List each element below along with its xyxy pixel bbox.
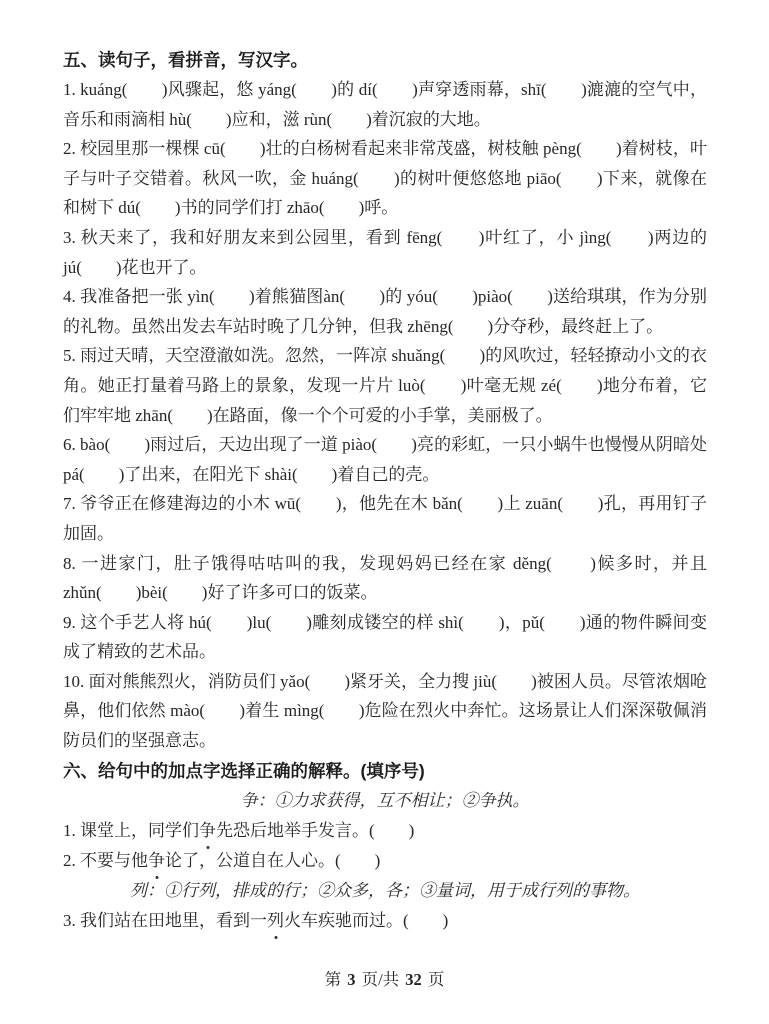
page-number: 第 3 页/共 32 页: [0, 966, 769, 990]
question-1: 1. kuáng( )风骤起，悠 yáng( )的 dí( )声穿透雨幕，shī…: [63, 75, 707, 134]
current-page-number: 3: [345, 970, 357, 989]
dotted-char: 争: [148, 846, 165, 876]
section-five-heading: 五、读句子，看拼音，写汉字。: [63, 45, 707, 75]
question-9: 9. 这个手艺人将 hú( )lu( )雕刻成镂空的样 shì( )，pǔ( )…: [63, 608, 707, 667]
question-6: 6. bào( )雨过后，天边出现了一道 piào( )亮的彩虹，一只小蜗牛也慢…: [63, 430, 707, 489]
question-3: 3. 秋天来了，我和好朋友来到公园里，看到 fēng( )叶红了，小 jìng(…: [63, 223, 707, 282]
question-5: 5. 雨过天晴，天空澄澈如洗。忽然，一阵凉 shuǎng( )的风吹过，轻轻撩动…: [63, 341, 707, 430]
definition-zheng: 争：①力求获得，互不相让；②争执。: [63, 786, 707, 816]
sentence-segment: 先恐后地举手发言。( ): [216, 821, 414, 840]
dotted-char: 列: [267, 906, 284, 936]
sentence-segment: 论了，公道自在人心。( ): [165, 851, 380, 870]
question-2: 2. 校园里那一棵棵 cū( )壮的白杨树看起来非常茂盛，树枝触 pèng( )…: [63, 134, 707, 223]
question-8: 8. 一进家门，肚子饿得咕咕叫的我，发现妈妈已经在家 děng( )候多时，并且…: [63, 549, 707, 608]
sentence-segment: 1. 课堂上，同学们: [63, 821, 199, 840]
footer-text: 第: [325, 970, 346, 989]
six-item-3: 3. 我们站在田地里，看到一列火车疾驰而过。( ): [63, 906, 707, 936]
sentence-segment: 3. 我们站在田地里，看到一: [63, 911, 267, 930]
definition-lie: 列：①行列，排成的行；②众多，各；③量词，用于成行列的事物。: [63, 876, 707, 906]
dotted-char: 争: [199, 816, 216, 846]
footer-text: 页/共: [357, 970, 403, 989]
sentence-segment: 火车疾驰而过。( ): [284, 911, 448, 930]
footer-text: 页: [424, 970, 445, 989]
six-item-1: 1. 课堂上，同学们争先恐后地举手发言。( ): [63, 816, 707, 846]
sentence-segment: 2. 不要与他: [63, 851, 148, 870]
total-page-number: 32: [403, 970, 424, 989]
question-7: 7. 爷爷正在修建海边的小木 wū( )，他先在木 bǎn( )上 zuān( …: [63, 489, 707, 548]
question-10: 10. 面对熊熊烈火，消防员们 yǎo( )紧牙关，全力搜 jiù( )被困人员…: [63, 667, 707, 756]
section-six-heading: 六、给句中的加点字选择正确的解释。(填序号): [63, 756, 707, 786]
worksheet-page: 五、读句子，看拼音，写汉字。 1. kuáng( )风骤起，悠 yáng( )的…: [0, 0, 769, 1024]
six-item-2: 2. 不要与他争论了，公道自在人心。( ): [63, 846, 707, 876]
question-4: 4. 我准备把一张 yìn( )着熊猫图àn( )的 yóu( )piào( )…: [63, 282, 707, 341]
